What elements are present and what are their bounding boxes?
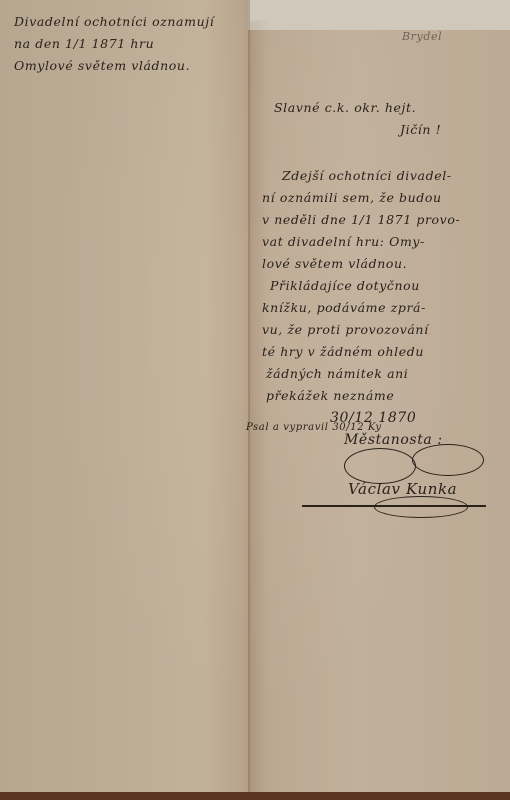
salutation-line-2: Jičín !	[400, 122, 441, 137]
body-line-5: lové světem vládnou.	[262, 256, 407, 271]
heading-line-3: Omylové světem vládnou.	[14, 58, 190, 73]
signature: Václav Kunka	[348, 480, 457, 498]
document-sheet: Divadelní ochotníci oznamují na den 1/1 …	[0, 0, 510, 792]
signature-underline-loop	[374, 496, 468, 518]
body-line-4: vat divadelní hru: Omy-	[262, 234, 425, 249]
clerk-note: Psal a vypravil 30/12 Ky	[246, 422, 382, 433]
heading-line-2: na den 1/1 1871 hru	[14, 36, 154, 51]
body-line-7: knížku, podáváme zprá-	[262, 300, 426, 315]
body-line-3: v neděli dne 1/1 1871 provo-	[262, 212, 460, 227]
signature-flourish-1	[344, 448, 416, 484]
body-line-8: vu, že proti provozování	[262, 322, 429, 337]
salutation-line-1: Slavné c.k. okr. hejt.	[274, 100, 416, 115]
table-surface	[0, 792, 510, 800]
signature-flourish-2	[412, 444, 484, 476]
body-line-1: Zdejší ochotníci divadel-	[282, 168, 452, 183]
body-line-10: žádných námitek ani	[266, 366, 408, 381]
heading-line-1: Divadelní ochotníci oznamují	[14, 14, 214, 29]
body-line-9: té hry v žádném ohledu	[262, 344, 424, 359]
pencil-note: Brydel	[402, 30, 442, 43]
body-line-6: Přikládajíce dotyčnou	[270, 278, 420, 293]
body-line-11: překážek neznáme	[266, 388, 394, 403]
body-line-2: ní oznámili sem, že budou	[262, 190, 442, 205]
left-page: Divadelní ochotníci oznamují na den 1/1 …	[0, 0, 249, 792]
